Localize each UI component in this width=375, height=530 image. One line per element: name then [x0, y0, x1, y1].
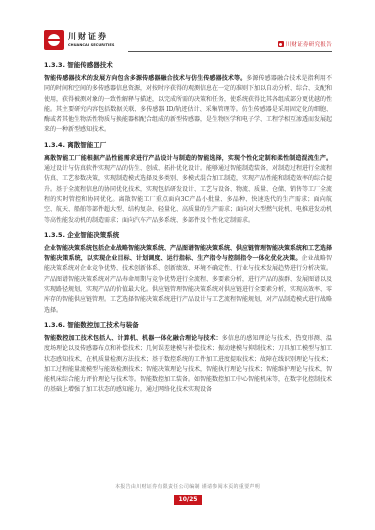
section-heading: 1.3.4. 离散智能工厂: [44, 141, 332, 150]
section-paragraph: 离散智能工厂能根据产品性能需求进行产品设计与制造的智能选择，实现个性化定制和柔性…: [44, 154, 332, 226]
section-heading: 1.3.5. 企业智能决策系统: [44, 231, 332, 240]
report-label: 川财证券研究报告: [278, 40, 332, 48]
logo-name-en: CHUANCAI SECURITIES: [68, 43, 115, 48]
report-label-text: 川财证券研究报告: [286, 40, 332, 48]
paragraph-text: 多信息的感知理论与技术，热变形测、温度场理论以及传感器布点和补偿技术；几何误差建…: [44, 335, 332, 393]
mini-logo-icon: [278, 41, 284, 47]
document-body: 1.3.3. 智能传感器技术 智能传感器技术的发展方向包含多源传感器融合技术与仿…: [44, 56, 332, 400]
paragraph-text: 多源传感器融合技术是指利用不同的时间和空间的多传感器信息资源，对按时序获得的观测…: [44, 75, 332, 133]
header-divider: [128, 51, 332, 52]
section-paragraph: 企业智能决策系统包括企业战略智能决策系统、产品图谱智能决策系统、供应链管理智能决…: [44, 244, 332, 316]
page-header: 川财证券 CHUANCAI SECURITIES 川财证券研究报告: [44, 30, 332, 54]
paragraph-text: 通过设计与仿真软件实现产品的仿生、创成、拓扑优化设计。能够通过智能制造装备，对制…: [44, 165, 332, 223]
logo-name-cn: 川财证券: [68, 31, 115, 43]
paragraph-lead: 智能传感器技术的发展方向包含多源传感器融合技术与仿生传感器技术等。: [44, 75, 246, 82]
paragraph-lead: 离散智能工厂能根据产品性能需求进行产品设计与制造的智能选择，实现个性化定制和柔性…: [44, 155, 332, 162]
section-heading: 1.3.3. 智能传感器技术: [44, 61, 332, 70]
section-paragraph: 智能数控加工技术包括人、计算机、机器一体化融合理论与技术：多信息的感知理论与技术…: [44, 334, 332, 396]
section-heading: 1.3.6. 智能数控加工技术与装备: [44, 321, 332, 330]
page-number: 10/25: [174, 495, 202, 505]
paragraph-lead: 智能数控加工技术包括人、计算机、机器一体化融合理论与技术：: [44, 335, 222, 342]
footer-disclaimer: 本报告由川财证券有限责任公司编制 谨请参阅本页的重要声明: [0, 483, 375, 490]
company-logo: 川财证券 CHUANCAI SECURITIES: [44, 30, 115, 50]
paragraph-text: 企业战略智能决策系统对企业竞争优势、技术创新体系、创新绩效、环境不确定性、行业与…: [44, 255, 332, 313]
section-paragraph: 智能传感器技术的发展方向包含多源传感器融合技术与仿生传感器技术等。多源传感器融合…: [44, 74, 332, 136]
paragraph-lead: 企业智能决策系统包括企业战略智能决策系统、产品图谱智能决策系统、供应链管理智能决…: [44, 245, 332, 262]
logo-mark-icon: [44, 30, 64, 50]
